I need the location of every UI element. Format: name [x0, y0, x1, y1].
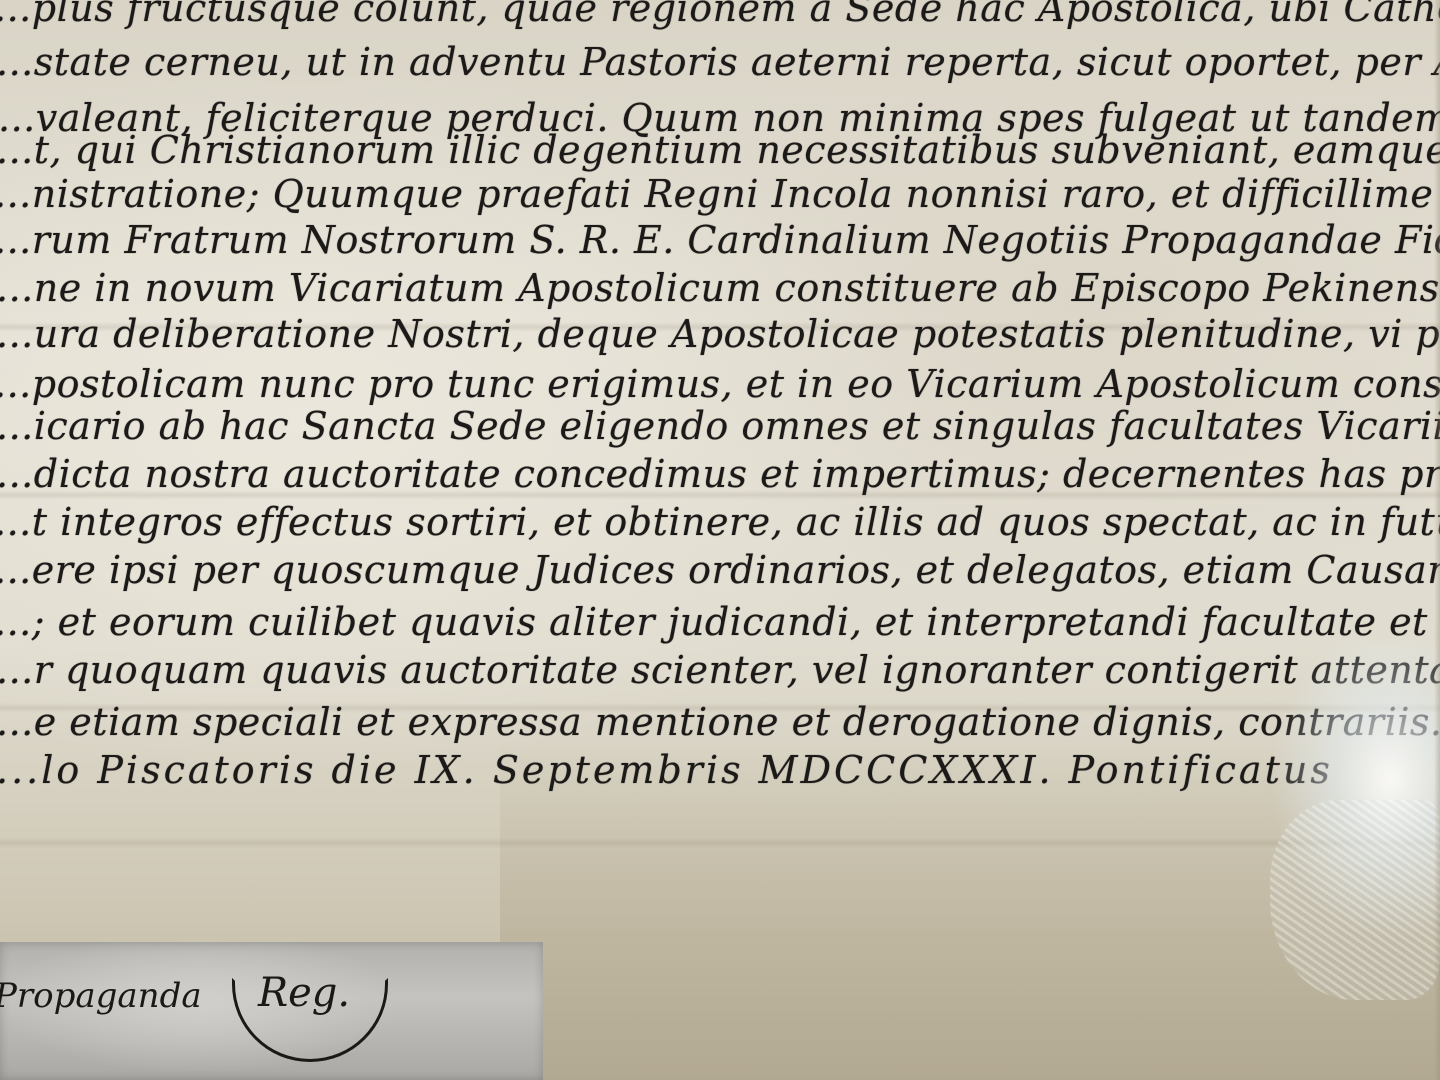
manuscript-line: ...state cerneu, ut in adventu Pastoris … [0, 40, 1440, 84]
manuscript-line: ...e etiam speciali et expressa mentione… [0, 700, 1440, 744]
manuscript-line: ...nistratione; Quumque praefati Regni I… [0, 172, 1440, 216]
registry-mark: Reg. [258, 970, 350, 1016]
manuscript-line: ...dicta nostra auctoritate concedimus e… [0, 452, 1440, 496]
manuscript-line: ...postolicam nunc pro tunc erigimus, et… [0, 362, 1440, 406]
glass-glare [1240, 640, 1440, 1020]
manuscript-line: ...; et eorum cuilibet quavis aliter jud… [0, 600, 1440, 644]
manuscript-line: ...plus fructusque colunt, quae regionem… [0, 0, 1440, 30]
manuscript-line: ...ne in novum Vicariatum Apostolicum co… [0, 266, 1440, 310]
manuscript-line: ...t, qui Christianorum illic degentium … [0, 128, 1440, 172]
parchment-photo: ...plus fructusque colunt, quae regionem… [0, 0, 1440, 1080]
manuscript-line: ...icario ab hac Sancta Sede eligendo om… [0, 404, 1440, 448]
manuscript-line: ...t integros effectus sortiri, et obtin… [0, 500, 1440, 544]
manuscript-date-line: ...lo Piscatoris die IX. Septembris MDCC… [0, 748, 1333, 792]
manuscript-line: ...ura deliberatione Nostri, deque Apost… [0, 312, 1440, 356]
manuscript-line: ...r quoquam quavis auctoritate scienter… [0, 648, 1440, 692]
manuscript-line: ...ere ipsi per quoscumque Judices ordin… [0, 548, 1440, 592]
signature-propaganda: Propaganda [0, 976, 202, 1016]
frame-edge [1434, 0, 1440, 1080]
glass-glare-texture [1270, 800, 1440, 1000]
parchment-crease [0, 838, 1440, 848]
manuscript-line: ...rum Fratrum Nostrorum S. R. E. Cardin… [0, 218, 1440, 262]
signature-panel: Propaganda Reg. [0, 942, 543, 1080]
